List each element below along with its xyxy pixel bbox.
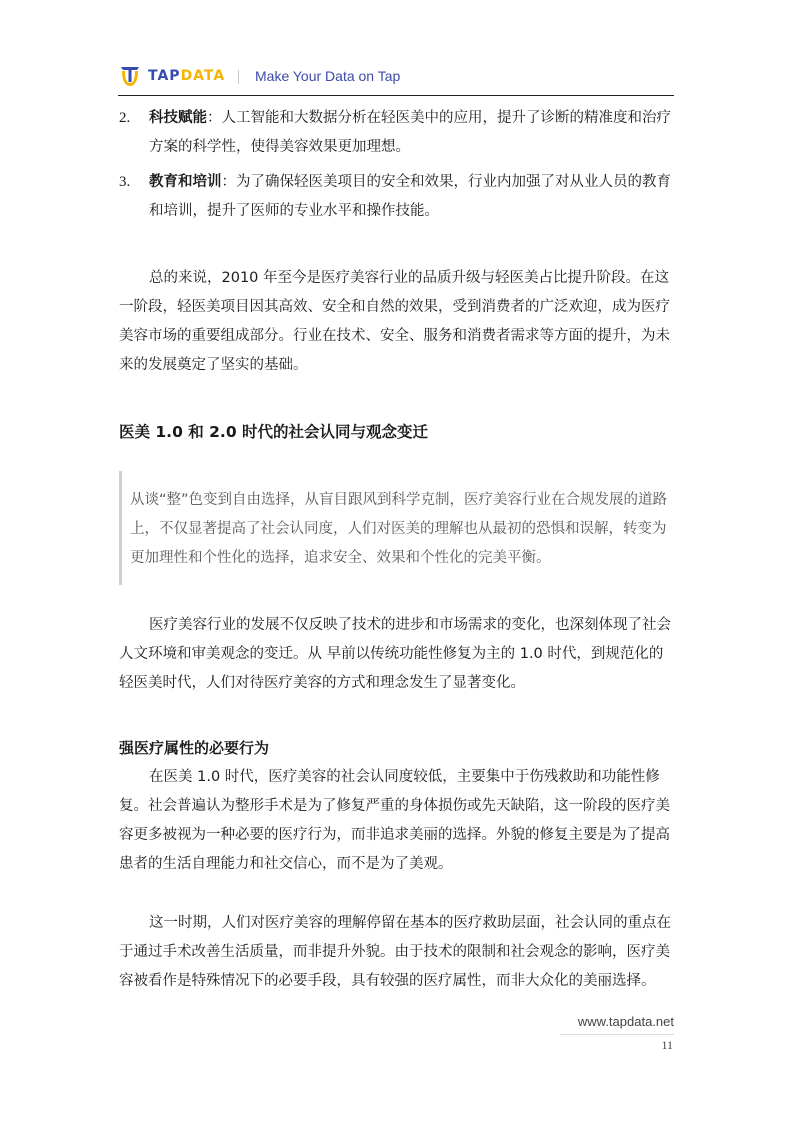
- list-item-title: 科技赋能: [149, 110, 207, 126]
- logo-wordmark: TAPDATA: [148, 68, 225, 84]
- intro-paragraph: 医疗美容行业的发展不仅反映了技术的进步和市场需求的变化，也深刻体现了社会人文环境…: [119, 611, 675, 698]
- footer-url: www.tapdata.net: [578, 1014, 674, 1029]
- list-item-title: 教育和培训: [149, 174, 222, 190]
- list-item-text: ：人工智能和大数据分析在轻医美中的应用，提升了诊断的精准度和治疗方案的科学性，使…: [149, 110, 671, 155]
- subsection-paragraph: 这一时期，人们对医疗美容的理解停留在基本的医疗救助层面，社会认同的重点在于通过手…: [119, 909, 675, 996]
- tapdata-logo-icon: [118, 64, 142, 88]
- subsection-paragraph: 在医美 1.0 时代，医疗美容的社会认同度较低，主要集中于伤残救助和功能性修复。…: [119, 763, 675, 879]
- logo-data: DATA: [181, 68, 226, 84]
- header-rule: [118, 95, 674, 96]
- tapdata-logo: TAPDATA: [118, 64, 225, 88]
- list-item-text: ：为了确保轻医美项目的安全和效果，行业内加强了对从业人员的教育和培训，提升了医师…: [149, 174, 671, 219]
- subsection-heading: 强医疗属性的必要行为: [119, 734, 675, 763]
- section-heading: 医美 1.0 和 2.0 时代的社会认同与观念变迁: [119, 418, 675, 447]
- header-tagline: Make Your Data on Tap: [255, 68, 400, 84]
- list-number: 2.: [119, 104, 130, 133]
- document-body: 2. 科技赋能：人工智能和大数据分析在轻医美中的应用，提升了诊断的精准度和治疗方…: [119, 104, 675, 996]
- page-header: TAPDATA Make Your Data on Tap: [118, 62, 674, 92]
- list-item: 2. 科技赋能：人工智能和大数据分析在轻医美中的应用，提升了诊断的精准度和治疗方…: [119, 104, 675, 162]
- list-number: 3.: [119, 168, 130, 197]
- list-item: 3. 教育和培训：为了确保轻医美项目的安全和效果，行业内加强了对从业人员的教育和…: [119, 168, 675, 226]
- header-divider: [238, 70, 239, 84]
- page-number: 11: [661, 1038, 673, 1053]
- logo-tap: TAP: [148, 68, 181, 84]
- summary-paragraph: 总的来说，2010 年至今是医疗美容行业的品质升级与轻医美占比提升阶段。在这一阶…: [119, 264, 675, 380]
- blockquote: 从谈“整”色变到自由选择，从盲目跟风到科学克制，医疗美容行业在合规发展的道路上，…: [119, 471, 675, 585]
- footer-rule: [560, 1034, 674, 1035]
